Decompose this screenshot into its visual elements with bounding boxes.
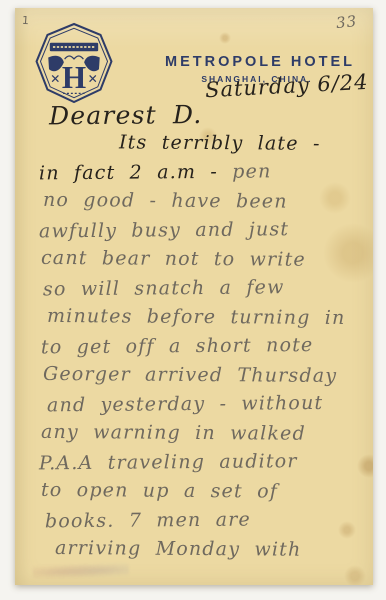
handwriting-segment: awfully busy and just — [39, 218, 289, 242]
letter-line: in fact 2 a.m - pen — [31, 157, 369, 189]
page-number: 33 — [335, 12, 358, 32]
bleed-through-smudge — [33, 561, 129, 580]
handwriting-segment: P.A.A traveling auditor — [39, 450, 298, 474]
hotel-name: METROPOLE HOTEL — [165, 54, 349, 70]
letter-line: so will snatch a few — [31, 273, 369, 305]
letter-line: arriving Monday with — [31, 534, 369, 565]
letter-line: to get off a short note — [31, 331, 369, 363]
letter-line: cant bear not to write — [31, 244, 369, 275]
letter-body: Dearest D.Its terribly late -in fact 2 a… — [31, 100, 369, 564]
letter-line: books. 7 men are — [31, 505, 369, 537]
handwriting-segment: pen — [232, 160, 271, 182]
letter-line: no good - have been — [31, 186, 369, 217]
handwriting-segment: to get off a short note — [41, 334, 314, 358]
handwriting-segment: Its terribly late - — [119, 131, 321, 154]
letter-line: Dearest D. — [31, 99, 369, 131]
hotel-logo-badge: H — [35, 22, 113, 104]
handwriting-segment: cant bear not to write — [41, 247, 306, 271]
letter-line: minutes before turning in — [31, 302, 369, 333]
handwriting-segment: in fact 2 a.m - — [39, 161, 232, 185]
handwriting-segment: so will snatch a few — [43, 276, 285, 300]
letter-line: Its terribly late - — [31, 128, 369, 159]
handwriting-segment: books. 7 men are — [45, 509, 251, 533]
letter-line: P.A.A traveling auditor — [31, 447, 369, 479]
handwriting-segment: to open up a set of — [41, 479, 278, 503]
letter-line: to open up a set of — [31, 476, 369, 507]
letter-line: Georger arrived Thursday — [31, 360, 369, 391]
logo-monogram: H — [62, 60, 86, 95]
letter-line: and yesterday - without — [31, 389, 369, 421]
letter-line: awfully busy and just — [31, 215, 369, 247]
handwriting-segment: no good - have been — [43, 189, 288, 213]
handwriting-segment: minutes before turning in — [47, 305, 346, 329]
handwriting-segment: any warning in walked — [41, 421, 306, 445]
handwriting-segment: Dearest D. — [49, 100, 203, 130]
handwriting-segment: Georger arrived Thursday — [43, 363, 337, 387]
handwriting-segment: arriving Monday with — [55, 537, 302, 561]
logo-ornament-right — [84, 56, 100, 71]
letter-paper: 1 33 H METROPOLE HOTEL SHANGHAI, CHINA. … — [15, 8, 373, 585]
handwriting-segment: and yesterday - without — [47, 392, 323, 416]
corner-mark: 1 — [22, 14, 30, 27]
letter-line: any warning in walked — [31, 418, 369, 449]
